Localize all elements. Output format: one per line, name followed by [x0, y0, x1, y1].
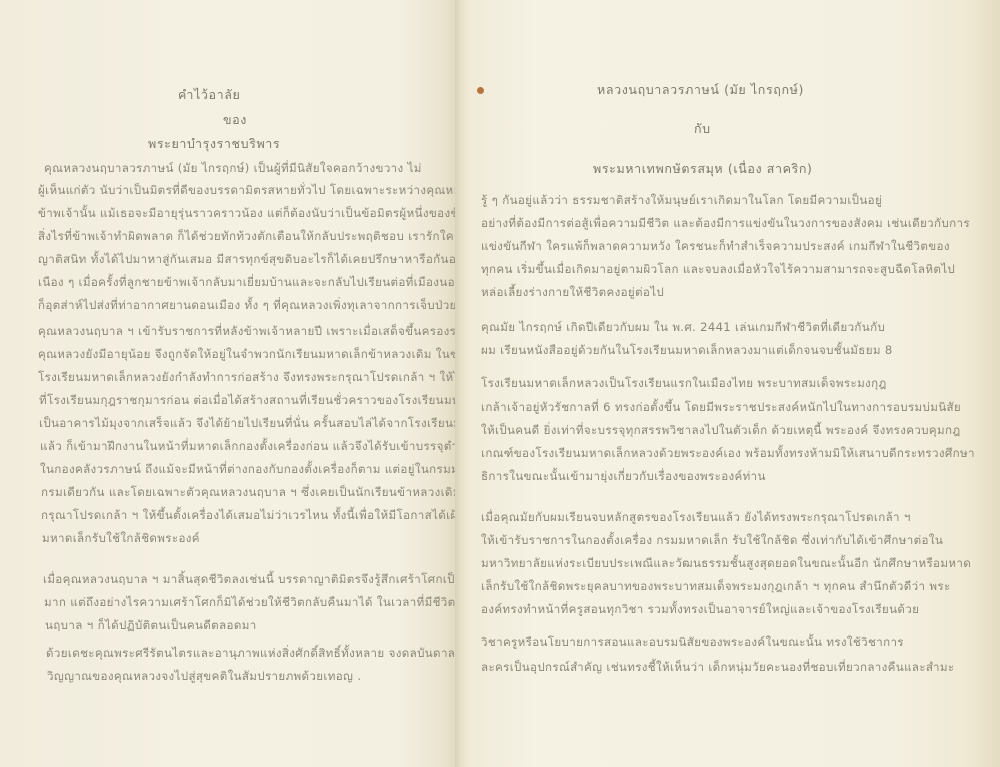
- book-gutter: [455, 0, 469, 767]
- right-page-author: พระมหาเทพกษัตรสมุห (เนื่อง สาคริก): [593, 159, 813, 179]
- right-page-subtitle: กับ: [694, 119, 711, 139]
- book-spread: คำไว้อาลัย ของ พระยาบำรุงราชบริพาร คุณหล…: [0, 0, 1000, 767]
- text-line: องค์ทรงทำหน้าที่ครูสอนทุกวิชา รวมทั้งทรง…: [481, 604, 919, 616]
- right-page-title: หลวงนฤบาลวรภาษน์ (มัย ไกรฤกษ์): [597, 80, 804, 100]
- text-line: กรมเดียวกัน และโดยเฉพาะตัวคุณหลวงนฤบาล ฯ…: [41, 487, 455, 499]
- text-line: โรงเรียนมหาดเล็กหลวงเป็นโรงเรียนแรกในเมื…: [481, 378, 887, 390]
- text-line: ที่โรงเรียนมกุฎราชกุมารก่อน ต่อเมื่อได้ส…: [39, 395, 455, 407]
- text-line: แข่งขันกีฬา ใครแพ้ก็พลาดความหวัง ใครชนะก…: [481, 241, 950, 253]
- text-line: ญาติสนิท ทั้งได้ไปมาหาสู่กันเสมอ มีสารทุ…: [38, 254, 455, 266]
- text-line: ละครเป็นอุปกรณ์สำคัญ เช่นทรงชี้ให้เห็นว่…: [481, 662, 954, 674]
- text-line: เมื่อคุณหลวงนฤบาล ฯ มาสิ้นสุดชีวิตลงเช่น…: [43, 574, 455, 586]
- text-line: มาก แต่ถึงอย่างไรความเศร้าโศกก็มิได้ช่วย…: [44, 597, 455, 609]
- text-line: กรุณาโปรดเกล้า ฯ ให้ขึ้นตั้งเครื่องได้เส…: [41, 510, 455, 522]
- text-line: หล่อเลี้ยงร่างกายให้ชีวิตคงอยู่ต่อไป: [481, 287, 664, 299]
- text-line: มหาวิทยาลัยแห่งระเบียบประเพณีและวัฒนธรรม…: [481, 558, 971, 570]
- text-line: โรงเรียนมหาดเล็กหลวงยังกำลังทำการก่อสร้า…: [38, 372, 455, 384]
- text-line: ให้เข้ารับราชการในกองตั้งเครื่อง กรมมหาด…: [481, 535, 943, 547]
- text-line: นฤบาล ฯ ก็ได้ปฏิบัติตนเป็นคนดีตลอดมา: [45, 620, 257, 632]
- right-page: หลวงนฤบาลวรภาษน์ (มัย ไกรฤกษ์) กับ พระมห…: [469, 0, 1000, 767]
- left-page: คำไว้อาลัย ของ พระยาบำรุงราชบริพาร คุณหล…: [0, 0, 455, 767]
- text-line: เป็นอาคารไม้มุงจากเสร็จแล้ว จึงได้ย้ายไป…: [39, 418, 455, 430]
- text-line: เมื่อคุณมัยกับผมเรียนจบหลักสูตรของโรงเรี…: [481, 512, 911, 524]
- text-line: เกล้าเจ้าอยู่หัวรัชกาลที่ 6 ทรงก่อตั้งขึ…: [481, 402, 961, 414]
- text-line: เนือง ๆ เมื่อครั้งที่ลูกชายข้าพเจ้ากลับม…: [38, 277, 455, 289]
- text-line: มหาดเล็กรับใช้ใกล้ชิดพระองค์: [42, 533, 200, 545]
- text-line: ข้าพเจ้านั้น แม้เธอจะมีอายุรุ่นราวคราวน้…: [38, 208, 455, 220]
- left-page-title: คำไว้อาลัย: [178, 85, 240, 105]
- text-line: คุณหลวงนฤบาลวรภาษน์ (มัย ไกรฤกษ์) เป็นผู…: [44, 163, 422, 175]
- text-line: แล้ว ก็เข้ามาฝึกงานในหน้าที่มหาดเล็กกองต…: [40, 441, 455, 453]
- text-line: ธิการในขณะนั้นเข้ามายุ่งเกี่ยวกับเรื่องข…: [481, 471, 766, 483]
- left-page-subtitle: ของ: [223, 110, 247, 130]
- text-line: ผู้เห็นแก่ตัว นับว่าเป็นมิตรที่ดีของบรรด…: [38, 185, 455, 197]
- text-line: อย่างที่ต้องมีการต่อสู้เพื่อความมีชีวิต …: [481, 218, 970, 230]
- text-line: สิ่งไรที่ข้าพเจ้าทำผิดพลาด ก็ได้ช่วยทักท…: [38, 231, 455, 243]
- text-line: รู้ ๆ กันอยู่แล้วว่า ธรรมชาติสร้างให้มนุ…: [481, 195, 882, 207]
- left-page-author: พระยาบำรุงราชบริพาร: [148, 134, 280, 154]
- ink-dot-mark: [477, 87, 484, 94]
- text-line: เกณฑ์ของโรงเรียนมหาดเล็กหลวงด้วยพระองค์เ…: [481, 448, 975, 460]
- text-line: คุณหลวงนฤบาล ฯ เข้ารับราชการที่หลังข้าพเ…: [38, 326, 455, 338]
- text-line: คุณหลวงยังมีอายุน้อย จึงถูกจัดให้อยู่ในจ…: [38, 349, 455, 361]
- text-line: ในกองคลังวรภาษน์ ถึงแม้จะมีหน้าที่ต่างกอ…: [40, 464, 455, 476]
- text-line: วิชาครูหรือนโยบายการสอนและอบรมนิสัยของพร…: [481, 637, 904, 649]
- text-line: เล็กรับใช้ใกล้ชิดพระยุคลบาทของพระบาทสมเด…: [481, 581, 951, 593]
- text-line: ให้เป็นคนดี ยิ่งเท่าที่จะบรรจุทุกสรรพวิช…: [481, 425, 961, 437]
- text-line: ผม เรียนหนังสืออยู่ด้วยกันในโรงเรียนมหาด…: [481, 345, 893, 357]
- text-line: คุณมัย ไกรฤกษ์ เกิดปีเดียวกับผม ใน พ.ศ. …: [481, 322, 885, 334]
- text-line: ด้วยเดชะคุณพระศรีรัตนไตรและอานุภาพแห่งสิ…: [46, 648, 455, 660]
- text-line: ทุกคน เริ่มขึ้นเมื่อเกิดมาอยู่ตามผิวโลก …: [481, 264, 955, 276]
- text-line: วิญญาณของคุณหลวงจงไปสู่สุขคติในสัมปรายภพ…: [47, 671, 361, 683]
- text-line: ก็อุตส่าห์ไปส่งที่ท่าอากาศยานดอนเมือง ทั…: [38, 300, 455, 312]
